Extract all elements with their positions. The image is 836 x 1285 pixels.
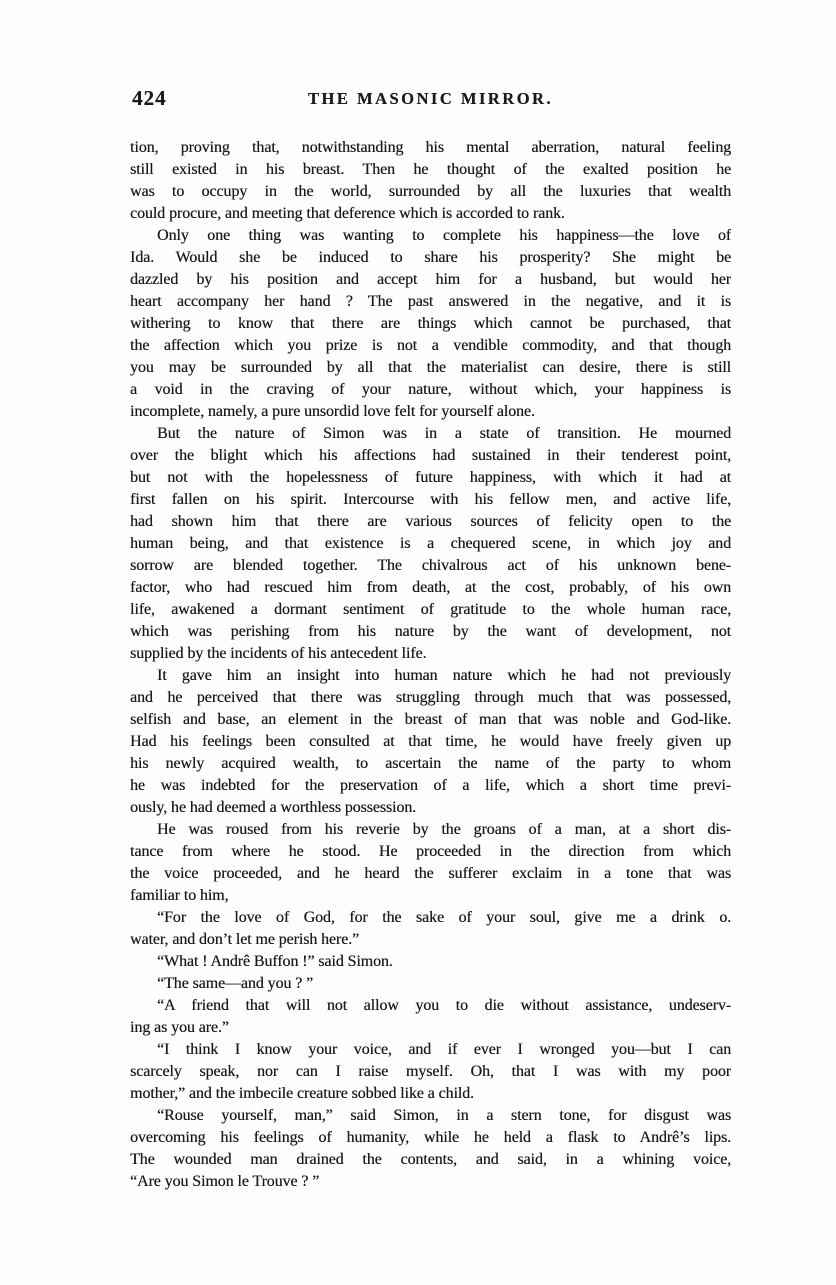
text-line: factor, who had rescued him from death, … — [130, 577, 731, 599]
text-line: he was indebted for the preservation of … — [130, 775, 731, 797]
text-line: overcoming his feelings of humanity, whi… — [130, 1127, 731, 1149]
text-line: “For the love of God, for the sake of yo… — [130, 907, 731, 929]
text-line: human being, and that existence is a che… — [130, 533, 731, 555]
text-line: dazzled by his position and accept him f… — [130, 269, 731, 291]
running-title: THE MASONIC MIRROR. — [130, 89, 731, 109]
text-line: Only one thing was wanting to complete h… — [130, 225, 731, 247]
text-line: familiar to him, — [130, 885, 731, 907]
text-line: still existed in his breast. Then he tho… — [130, 159, 731, 181]
text-line: “The same—and you ? ” — [130, 973, 731, 995]
text-line: you may be surrounded by all that the ma… — [130, 357, 731, 379]
text-line: incomplete, namely, a pure unsordid love… — [130, 401, 731, 423]
text-line: “I think I know your voice, and if ever … — [130, 1039, 731, 1061]
text-line: “Rouse yourself, man,” said Simon, in a … — [130, 1105, 731, 1127]
text-line: He was roused from his reverie by the gr… — [130, 819, 731, 841]
scanned-book-page: 424 THE MASONIC MIRROR. tion, proving th… — [0, 0, 836, 1285]
text-line: supplied by the incidents of his anteced… — [130, 643, 731, 665]
text-line: Ida. Would she be induced to share his p… — [130, 247, 731, 269]
page-header: 424 THE MASONIC MIRROR. — [130, 86, 731, 112]
text-line: The wounded man drained the contents, an… — [130, 1149, 731, 1171]
text-line: over the blight which his affections had… — [130, 445, 731, 467]
text-line: and he perceived that there was struggli… — [130, 687, 731, 709]
text-line: water, and don’t let me perish here.” — [130, 929, 731, 951]
text-line: withering to know that there are things … — [130, 313, 731, 335]
text-line: which was perishing from his nature by t… — [130, 621, 731, 643]
page-body: tion, proving that, notwithstanding his … — [130, 137, 731, 1193]
text-line: selfish and base, an element in the brea… — [130, 709, 731, 731]
text-line: first fallen on his spirit. Intercourse … — [130, 489, 731, 511]
text-line: tance from where he stood. He proceeded … — [130, 841, 731, 863]
text-line: the voice proceeded, and he heard the su… — [130, 863, 731, 885]
text-line: “What ! Andrê Buffon !” said Simon. — [130, 951, 731, 973]
text-line: had shown him that there are various sou… — [130, 511, 731, 533]
text-line: sorrow are blended together. The chivalr… — [130, 555, 731, 577]
text-line: mother,” and the imbecile creature sobbe… — [130, 1083, 731, 1105]
text-line: ing as you are.” — [130, 1017, 731, 1039]
text-line: life, awakened a dormant sentiment of gr… — [130, 599, 731, 621]
text-line: was to occupy in the world, surrounded b… — [130, 181, 731, 203]
text-line: “A friend that will not allow you to die… — [130, 995, 731, 1017]
text-line: “Are you Simon le Trouve ? ” — [130, 1171, 731, 1193]
text-line: scarcely speak, nor can I raise myself. … — [130, 1061, 731, 1083]
text-line: But the nature of Simon was in a state o… — [130, 423, 731, 445]
text-line: but not with the hopelessness of future … — [130, 467, 731, 489]
text-line: ously, he had deemed a worthless possess… — [130, 797, 731, 819]
text-line: Had his feelings been consulted at that … — [130, 731, 731, 753]
text-line: a void in the craving of your nature, wi… — [130, 379, 731, 401]
text-line: tion, proving that, notwithstanding his … — [130, 137, 731, 159]
text-line: heart accompany her hand ? The past answ… — [130, 291, 731, 313]
text-line: It gave him an insight into human nature… — [130, 665, 731, 687]
text-line: his newly acquired wealth, to ascertain … — [130, 753, 731, 775]
text-line: could procure, and meeting that deferenc… — [130, 203, 731, 225]
text-line: the affection which you prize is not a v… — [130, 335, 731, 357]
